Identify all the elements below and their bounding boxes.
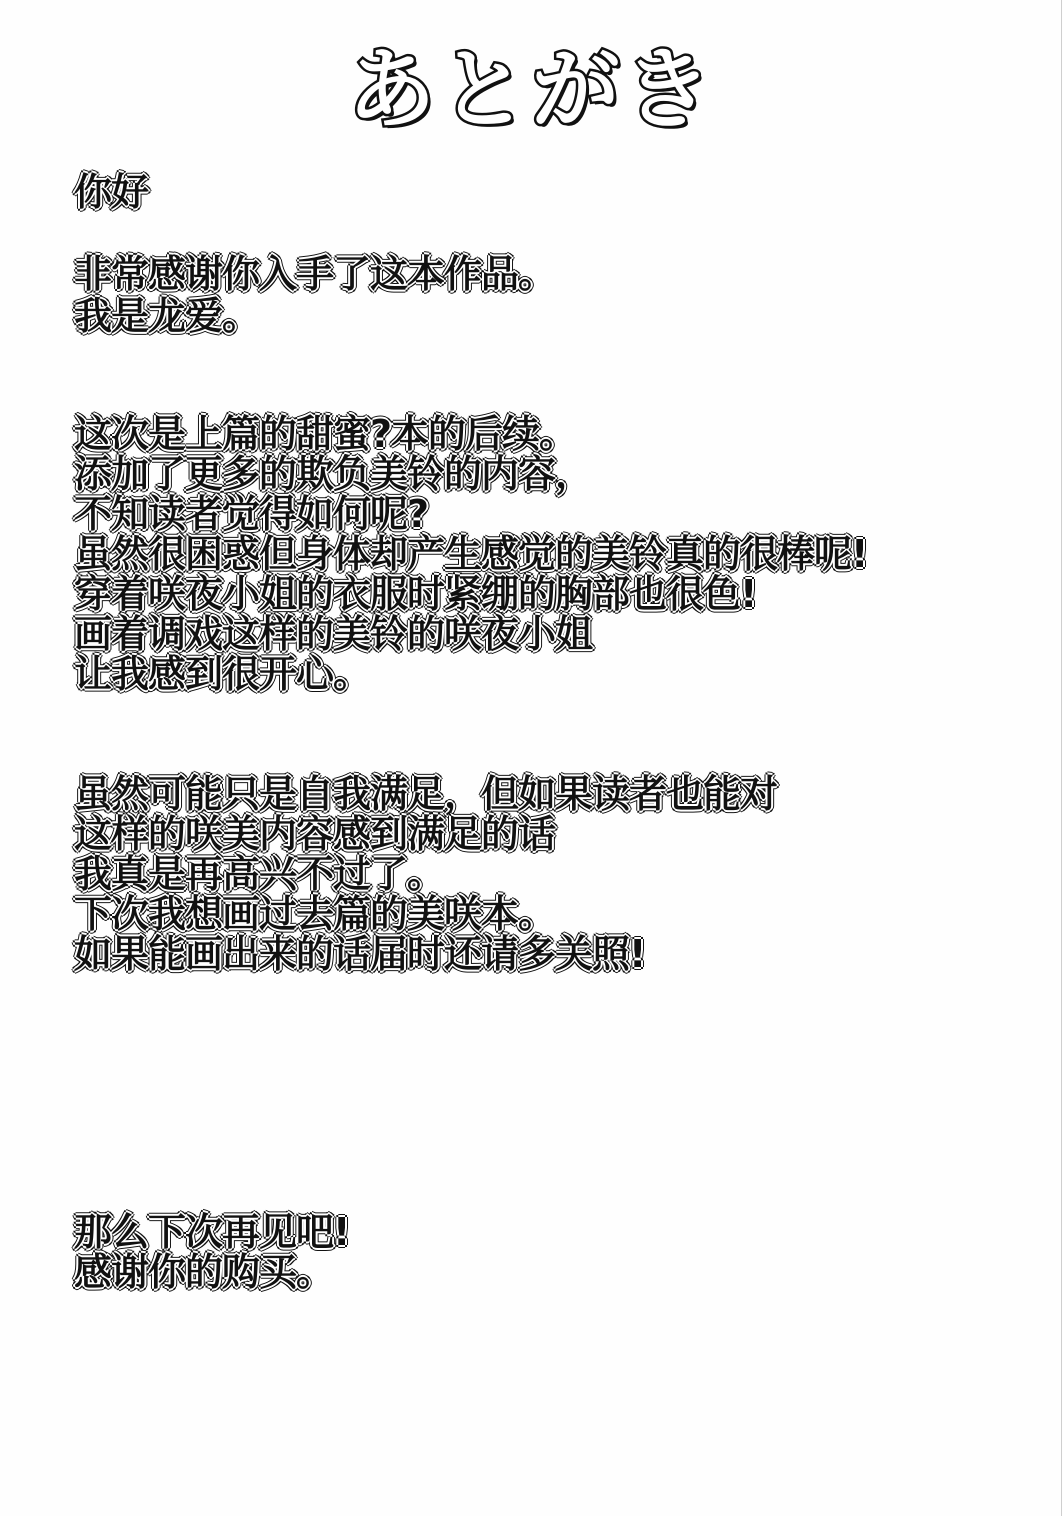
text-line: 添加了更多的欺负美铃的内容， bbox=[74, 454, 592, 494]
text-line: 穿着咲夜小姐的衣服时紧绷的胸部也很色! bbox=[74, 574, 756, 614]
greeting: 你好 bbox=[74, 172, 148, 212]
text-line: 这次是上篇的甜蜜?本的后续。 bbox=[74, 414, 576, 454]
page-edge-divider bbox=[1061, 0, 1062, 1516]
text-line: 让我感到很开心。 bbox=[74, 654, 370, 694]
text-line: 下次我想画过去篇的美咲本。 bbox=[74, 894, 555, 934]
text-line: 不知读者觉得如何呢? bbox=[74, 494, 428, 534]
text-line: 虽然可能只是自我满足，但如果读者也能对 bbox=[74, 774, 777, 814]
text-line: 画着调戏这样的美铃的咲夜小姐 bbox=[74, 614, 592, 654]
text-line: 感谢你的购买。 bbox=[74, 1252, 333, 1292]
text-line: 虽然很困惑但身体却产生感觉的美铃真的很棒呢! bbox=[74, 534, 867, 574]
afterword-page: あとがき 你好 非常感谢你入手了这本作品。 我是龙爱。 这次是上篇的甜蜜?本的后… bbox=[0, 0, 1063, 1516]
text-line: 非常感谢你入手了这本作品。 bbox=[74, 254, 555, 294]
text-line: 那么下次再见吧! bbox=[74, 1212, 349, 1252]
text-line: 我是龙爱。 bbox=[74, 296, 259, 336]
page-title: あとがき bbox=[0, 40, 1063, 140]
text-line: 这样的咲美内容感到满足的话 bbox=[74, 814, 555, 854]
text-line: 如果能画出来的话届时还请多关照! bbox=[74, 934, 645, 974]
text-line: 我真是再高兴不过了。 bbox=[74, 854, 444, 894]
